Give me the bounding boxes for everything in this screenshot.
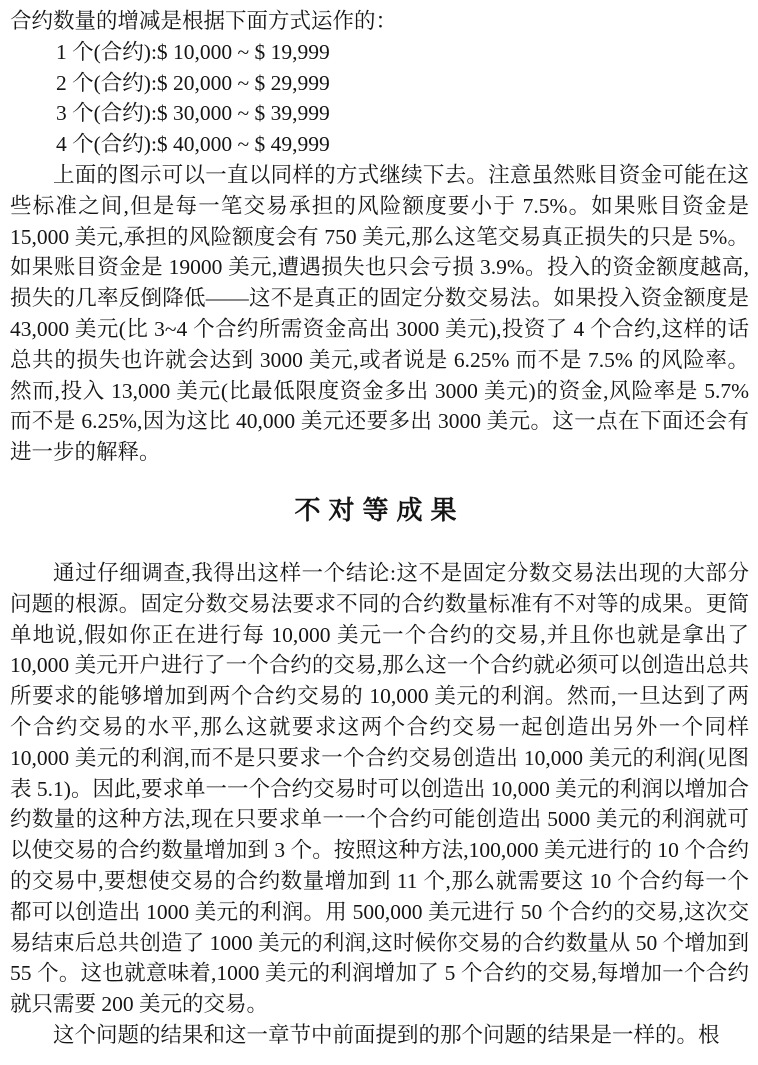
paragraph-risk-percentages: 上面的图示可以一直以同样的方式继续下去。注意虽然账目资金可能在这些标准之间,但是… (10, 160, 749, 468)
section-heading: 不对等成果 (10, 495, 749, 527)
book-page: 合约数量的增减是根据下面方式运作的： 1 个(合约):$ 10,000 ~ $ … (0, 0, 758, 1065)
contract-tier-row-3: 3 个(合约):$ 30,000 ~ $ 39,999 (10, 98, 749, 129)
contract-tier-row-1: 1 个(合约):$ 10,000 ~ $ 19,999 (10, 37, 749, 68)
paragraph-unequal-achievement: 通过仔细调查,我得出这样一个结论:这不是固定分数交易法出现的大部分问题的根源。固… (10, 558, 749, 1020)
intro-line: 合约数量的增减是根据下面方式运作的： (10, 6, 749, 37)
contract-tier-row-2: 2 个(合约):$ 20,000 ~ $ 29,999 (10, 68, 749, 99)
paragraph-final-partial: 这个问题的结果和这一章节中前面提到的那个问题的结果是一样的。根 (10, 1020, 749, 1051)
contract-tier-row-4: 4 个(合约):$ 40,000 ~ $ 49,999 (10, 129, 749, 160)
contract-tier-list: 1 个(合约):$ 10,000 ~ $ 19,999 2 个(合约):$ 20… (10, 37, 749, 160)
